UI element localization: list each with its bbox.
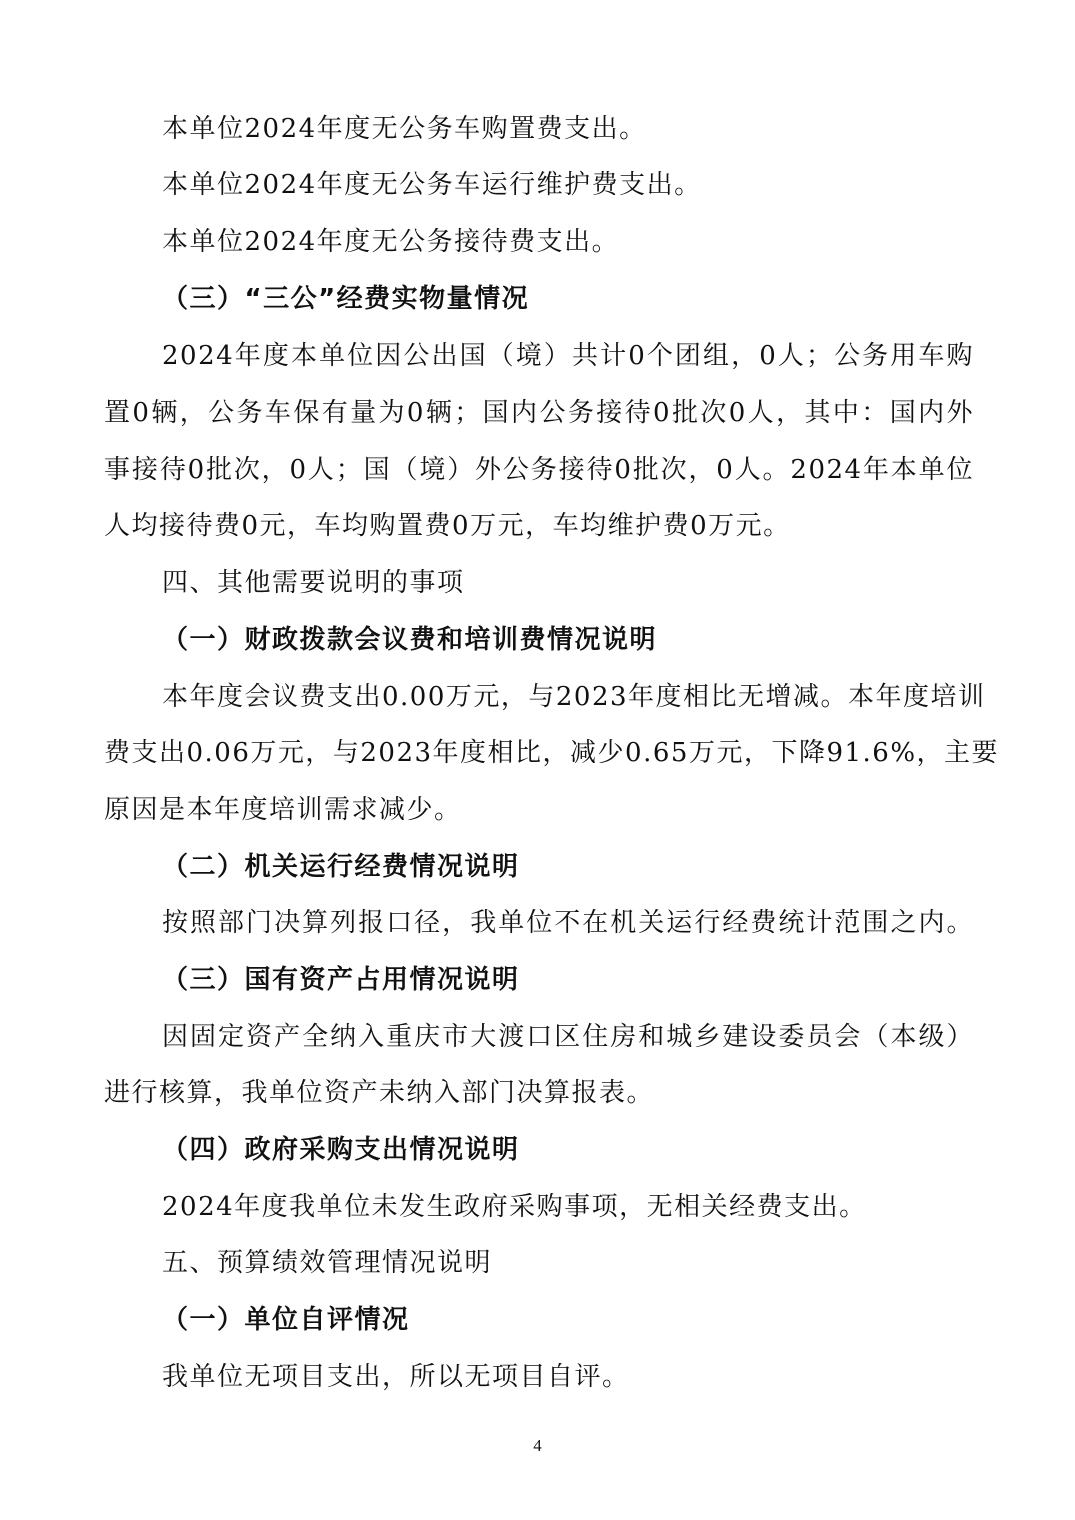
paragraph-state-assets-line: 进行核算，我单位资产未纳入部门决算报表。: [104, 1076, 974, 1110]
paragraph-car-maintenance: 本单位2024年度无公务车运行维护费支出。: [162, 168, 974, 202]
paragraph-meeting-training-line: 原因是本年度培训需求减少。: [104, 793, 974, 827]
paragraph-operating-expenses: 按照部门决算列报口径，我单位不在机关运行经费统计范围之内。: [162, 906, 974, 940]
paragraph-car-purchase: 本单位2024年度无公务车购置费支出。: [162, 112, 974, 146]
section-heading-three-public-quantity: （三）“三公”经费实物量情况: [162, 282, 974, 316]
page-number: 4: [0, 1436, 1075, 1456]
section-heading-state-assets: （三）国有资产占用情况说明: [162, 963, 974, 997]
paragraph-reception: 本单位2024年度无公务接待费支出。: [162, 225, 974, 259]
paragraph-state-assets-line: 因固定资产全纳入重庆市大渡口区住房和城乡建设委员会（本级）: [162, 1020, 974, 1054]
chapter-heading-performance-management: 五、预算绩效管理情况说明: [162, 1246, 974, 1280]
section-heading-operating-expenses: （二）机关运行经费情况说明: [162, 850, 974, 884]
chapter-heading-other-matters: 四、其他需要说明的事项: [162, 566, 974, 600]
paragraph-quantity-line: 2024年度本单位因公出国（境）共计0个团组，0人；公务用车购: [162, 339, 974, 373]
paragraph-self-evaluation: 我单位无项目支出，所以无项目自评。: [162, 1360, 974, 1394]
section-heading-government-procurement: （四）政府采购支出情况说明: [162, 1133, 974, 1167]
section-heading-self-evaluation: （一）单位自评情况: [162, 1303, 974, 1337]
paragraph-quantity-line: 人均接待费0元，车均购置费0万元，车均维护费0万元。: [104, 509, 974, 543]
paragraph-government-procurement: 2024年度我单位未发生政府采购事项，无相关经费支出。: [162, 1190, 974, 1224]
section-heading-meeting-training: （一）财政拨款会议费和培训费情况说明: [162, 623, 974, 657]
paragraph-meeting-training-line: 费支出0.06万元，与2023年度相比，减少0.65万元，下降91.6%，主要: [104, 736, 974, 770]
paragraph-meeting-training-line: 本年度会议费支出0.00万元，与2023年度相比无增减。本年度培训: [162, 680, 974, 714]
paragraph-quantity-line: 事接待0批次，0人；国（境）外公务接待0批次，0人。2024年本单位: [104, 453, 974, 487]
document-page: 本单位2024年度无公务车购置费支出。 本单位2024年度无公务车运行维护费支出…: [0, 0, 1075, 1520]
paragraph-quantity-line: 置0辆，公务车保有量为0辆；国内公务接待0批次0人，其中：国内外: [104, 396, 974, 430]
